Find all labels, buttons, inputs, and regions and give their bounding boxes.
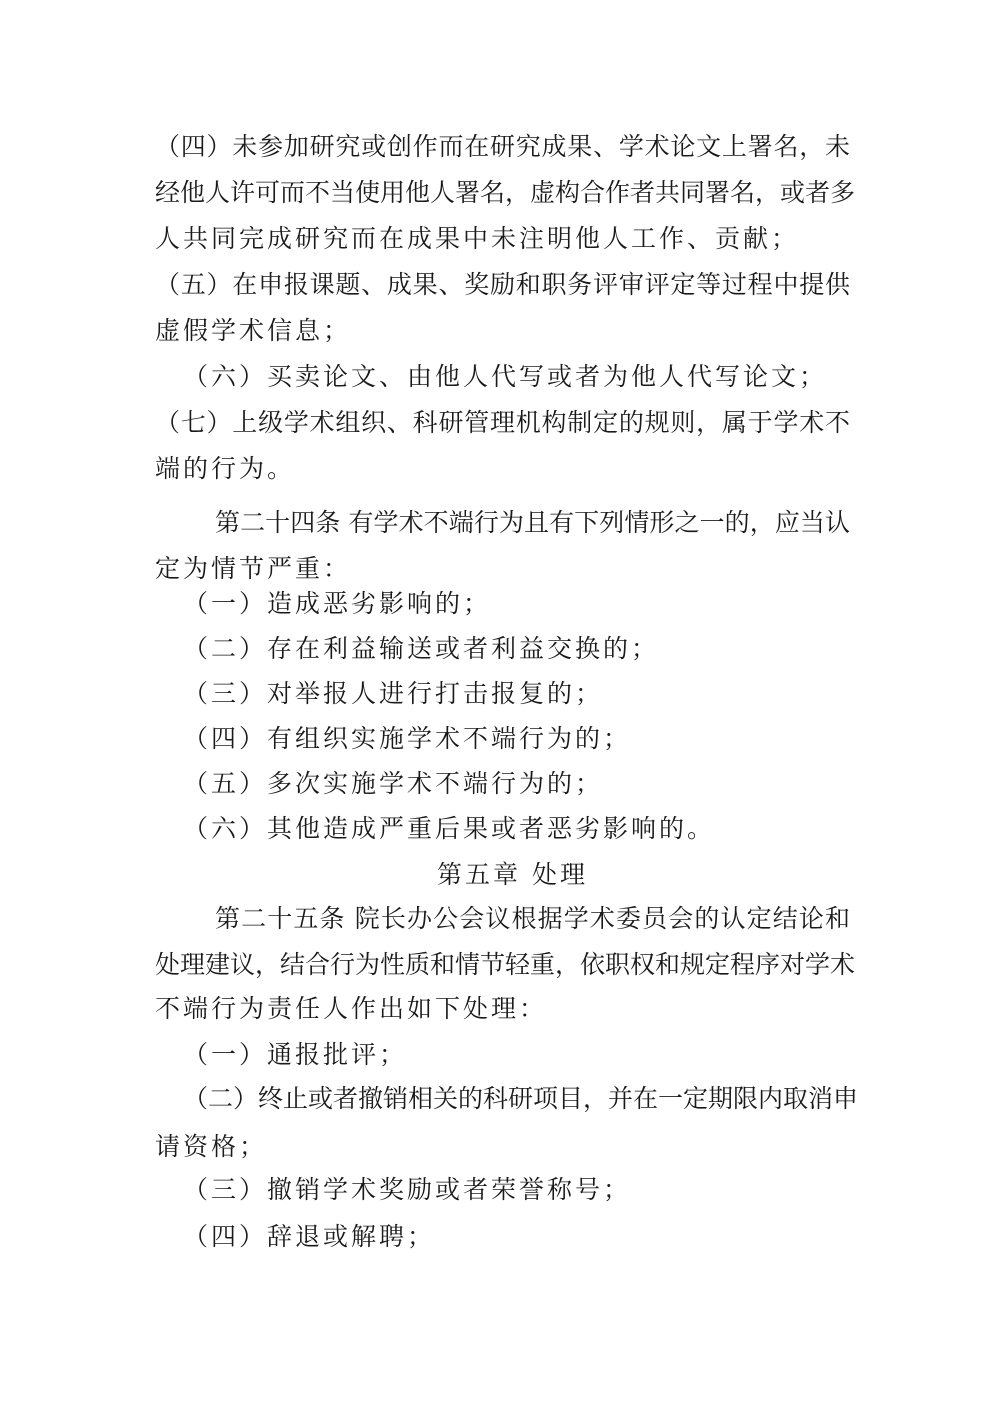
article-24-item-5: （五）多次实施学术不端行为的； [183,769,603,799]
article-25-item-2-line-2: 请资格； [155,1132,267,1162]
article-25-item-2-line-1: （二）终止或者撤销相关的科研项目，并在一定期限内取消申 [183,1084,850,1114]
article-24-item-1: （一）造成恶劣影响的； [183,589,491,619]
item-4-line-2: 经他人许可而不当使用他人署名，虚构合作者共同署名，或者多 [155,178,850,208]
article-24-item-2: （二）存在利益输送或者利益交换的； [183,634,659,664]
item-7-line-1: （七）上级学术组织、科研管理机构制定的规则，属于学术不 [155,408,850,438]
item-4-line-1: （四）未参加研究或创作而在研究成果、学术论文上署名，未 [155,132,850,162]
article-24-item-3: （三）对举报人进行打击报复的； [183,679,603,709]
item-5-line-1: （五）在申报课题、成果、奖励和职务评审评定等过程中提供 [155,270,850,300]
item-6-line-1: （六）买卖论文、由他人代写或者为他人代写论文； [183,362,827,392]
article-24-line-1: 第二十四条 有学术不端行为且有下列情形之一的，应当认 [215,508,850,538]
article-25-line-3: 不端行为责任人作出如下处理： [155,994,547,1024]
article-24-item-6: （六）其他造成严重后果或者恶劣影响的。 [183,814,715,844]
article-24-item-4: （四）有组织实施学术不端行为的； [183,724,631,754]
article-25-line-1: 第二十五条 院长办公会议根据学术委员会的认定结论和 [215,904,850,934]
item-5-line-2: 虚假学术信息； [155,316,351,346]
article-24-line-2: 定为情节严重： [155,554,351,584]
chapter-title: 第五章 处理 [0,860,1000,890]
article-25-item-4: （四）辞退或解聘； [183,1222,435,1252]
article-25-item-3: （三）撤销学术奖励或者荣誉称号； [183,1175,631,1205]
article-25-line-2: 处理建议，结合行为性质和情节轻重，依职权和规定程序对学术 [155,950,850,980]
item-7-line-2: 端的行为。 [155,454,295,484]
item-4-line-3: 人共同完成研究而在成果中未注明他人工作、贡献； [155,224,799,254]
article-25-item-1: （一）通报批评； [183,1040,407,1070]
